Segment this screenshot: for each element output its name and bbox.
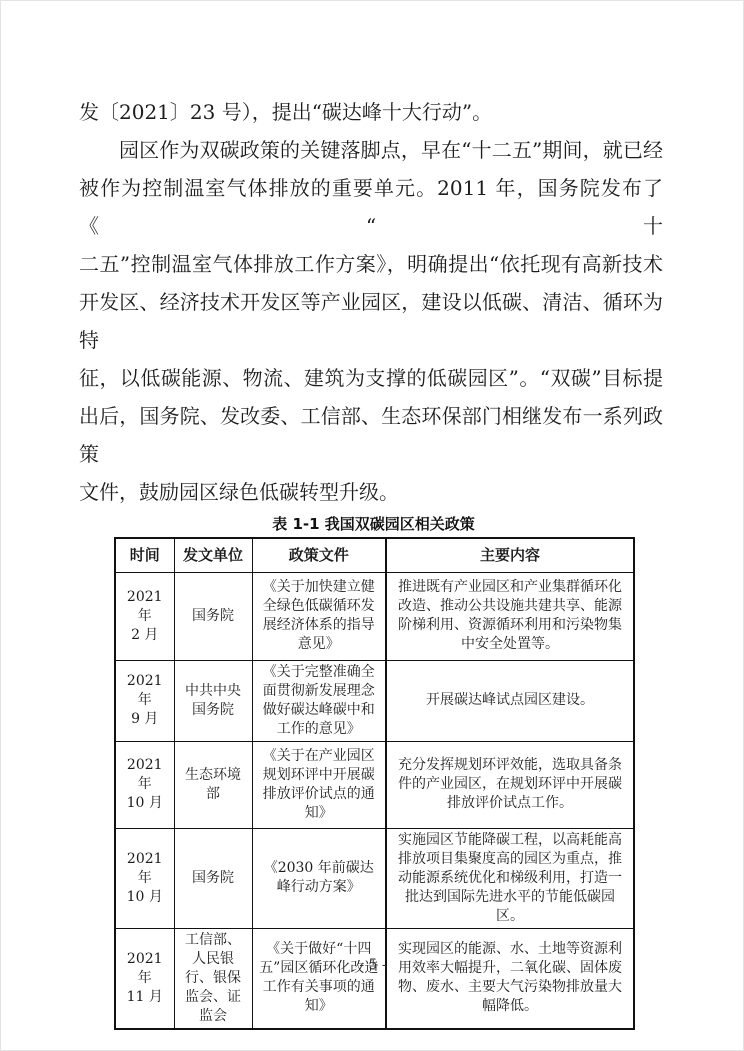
cell-time: 2021 年 2 月 (115, 572, 174, 660)
cell-document: 《关于在产业园区规划环评中开展碳排放评价试点的通知》 (252, 741, 386, 828)
body-paragraphs: 发〔2021〕23 号），提出“碳达峰十大行动”。园区作为双碳政策的关键落脚点，… (79, 93, 663, 511)
page-content: 发〔2021〕23 号），提出“碳达峰十大行动”。园区作为双碳政策的关键落脚点，… (79, 93, 663, 1030)
table-caption: 表 1-1 我国双碳园区相关政策 (114, 511, 633, 537)
cell-issuer: 国务院 (174, 572, 252, 660)
body-text-line: 征，以低碳能源、物流、建筑为支撑的低碳园区”。“双碳”目标提 (79, 359, 663, 397)
header-cell: 时间 (115, 538, 174, 572)
cell-content: 实现园区的能源、水、土地等资源利用效率大幅提升，二氧化碳、固体废物、废水、主要大… (386, 928, 634, 1029)
cell-issuer: 中共中央 国务院 (174, 660, 252, 741)
cell-issuer: 国务院 (174, 828, 252, 928)
cell-time: 2021 年 10 月 (115, 828, 174, 928)
cell-time: 2021 年 10 月 (115, 741, 174, 828)
body-text-line: 发〔2021〕23 号），提出“碳达峰十大行动”。 (79, 93, 663, 131)
table-row: 2021 年 9 月中共中央 国务院《关于完整准确全面贯彻新发展理念做好碳达峰碳… (115, 660, 634, 741)
header-cell: 发文单位 (174, 538, 252, 572)
cell-content: 充分发挥规划环评效能，选取具备条件的产业园区，在规划环评中开展碳排放评价试点工作… (386, 741, 634, 828)
table-row: 2021 年 10 月国务院《2030 年前碳达峰行动方案》实施园区节能降碳工程… (115, 828, 634, 928)
cell-document: 《关于加快建立健全绿色低碳循环发展经济体系的指导意见》 (252, 572, 386, 660)
body-text-line: 二五”控制温室气体排放工作方案》，明确提出“依托现有高新技术 (79, 245, 663, 283)
body-text-line: 被作为控制温室气体排放的重要单元。2011 年，国务院发布了《“十 (79, 169, 663, 245)
table-row: 2021 年 11 月工信部、人民银行、银保监会、证监会《关于做好“十四五”园区… (115, 928, 634, 1029)
policy-table: 时间发文单位政策文件主要内容 2021 年 2 月国务院《关于加快建立健全绿色低… (114, 537, 635, 1030)
cell-issuer: 工信部、人民银行、银保监会、证监会 (174, 928, 252, 1029)
cell-document: 《关于完整准确全面贯彻新发展理念做好碳达峰碳中和工作的意见》 (252, 660, 386, 741)
body-text-line: 文件，鼓励园区绿色低碳转型升级。 (79, 473, 663, 511)
cell-content: 实施园区节能降碳工程，以高耗能高排放项目集聚度高的园区为重点，推动能源系统优化和… (386, 828, 634, 928)
header-cell: 主要内容 (386, 538, 634, 572)
body-text-line: 出后，国务院、发改委、工信部、生态环保部门相继发布一系列政策 (79, 397, 663, 473)
table-row: 2021 年 2 月国务院《关于加快建立健全绿色低碳循环发展经济体系的指导意见》… (115, 572, 634, 660)
body-text-line: 开发区、经济技术开发区等产业园区，建设以低碳、清洁、循环为特 (79, 283, 663, 359)
cell-document: 《关于做好“十四五”园区循环化改造工作有关事项的通知》 (252, 928, 386, 1029)
body-text-line: 园区作为双碳政策的关键落脚点，早在“十二五”期间，就已经 (79, 131, 663, 169)
table-row: 2021 年 10 月生态环境部《关于在产业园区规划环评中开展碳排放评价试点的通… (115, 741, 634, 828)
cell-time: 2021 年 11 月 (115, 928, 174, 1029)
header-cell: 政策文件 (252, 538, 386, 572)
cell-time: 2021 年 9 月 (115, 660, 174, 741)
document-page: 发〔2021〕23 号），提出“碳达峰十大行动”。园区作为双碳政策的关键落脚点，… (0, 0, 744, 1051)
cell-content: 开展碳达峰试点园区建设。 (386, 660, 634, 741)
table-header-row: 时间发文单位政策文件主要内容 (115, 538, 634, 572)
cell-document: 《2030 年前碳达峰行动方案》 (252, 828, 386, 928)
cell-content: 推进既有产业园区和产业集群循环化改造、推动公共设施共建共享、能源阶梯利用、资源循… (386, 572, 634, 660)
page-number: - 5 - (1, 957, 744, 973)
cell-issuer: 生态环境部 (174, 741, 252, 828)
